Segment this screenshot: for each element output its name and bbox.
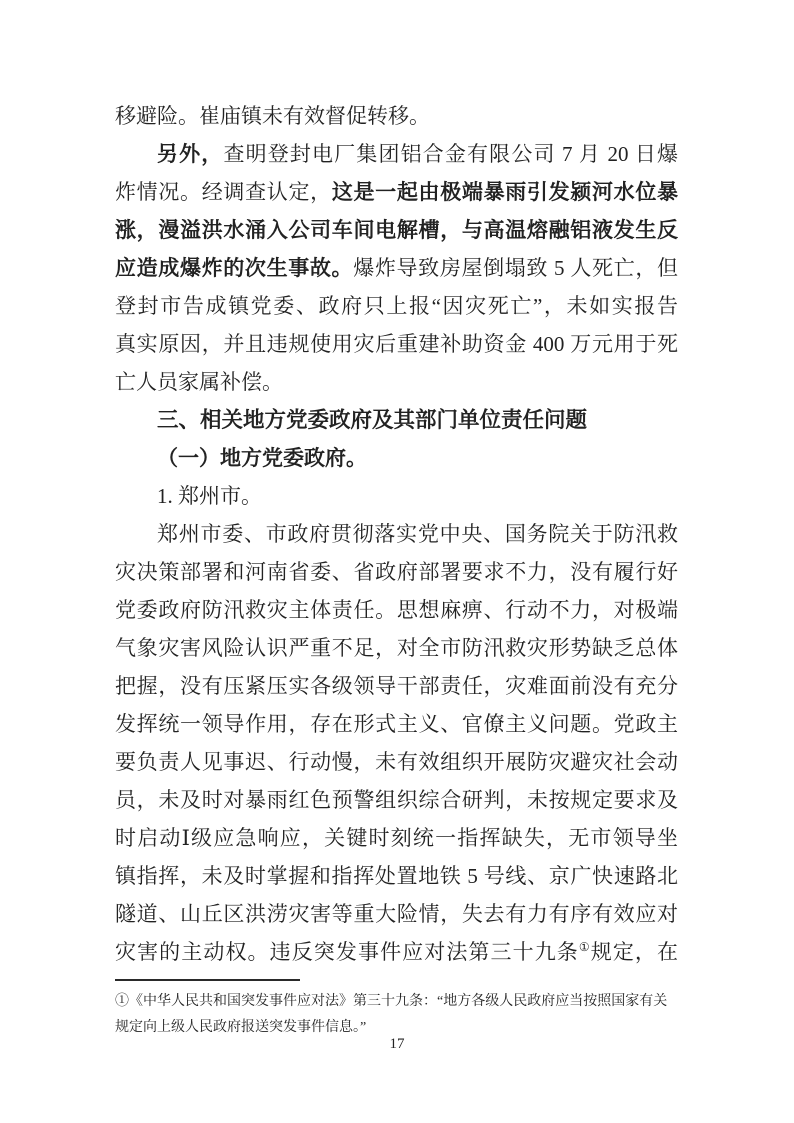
body-line: 炸情况。经调查认定，这是一起由极端暴雨引发颍河水位暴 [115,173,678,211]
text-run: 1. 郑州市。 [157,484,262,508]
text-run: 发挥统一领导作用，存在形式主义、官僚主义问题。党政主 [115,712,678,736]
text-run: 党委政府防汛救灾主体责任。思想麻痹、行动不力，对极端 [115,598,678,622]
subsection-heading-text: （一）地方党委政府。 [157,446,367,470]
text-run: 时启动Ⅰ级应急响应，关键时刻统一指挥缺失，无市领导坐 [115,826,678,850]
footnote-separator [115,979,300,981]
footnote-reference: ① [579,940,591,954]
body-line: 亡人员家属补偿。 [115,363,678,401]
body-line: 镇指挥，未及时掌握和指挥处置地铁 5 号线、京广快速路北 [115,857,678,895]
footnote: ①《中华人民共和国突发事件应对法》第三十九条：“地方各级人民政府应当按照国家有关… [115,979,678,1041]
body-line: 把握，没有压紧压实各级领导干部责任，灾难面前没有充分 [115,667,678,705]
body-line: 党委政府防汛救灾主体责任。思想麻痹、行动不力，对极端 [115,591,678,629]
text-run: 查明登封电厂集团铝合金有限公司 7 月 20 日爆 [223,142,678,166]
text-run: 亡人员家属补偿。 [115,370,283,394]
text-run: 镇指挥，未及时掌握和指挥处置地铁 5 号线、京广快速路北 [115,864,678,888]
text-run: 要负责人见事迟、行动慢，未有效组织开展防灾避灾社会动 [115,750,678,774]
body-line: 郑州市委、市政府贯彻落实党中央、国务院关于防汛救 [115,515,678,553]
page-number: 17 [0,1036,794,1053]
text-run: 爆炸导致房屋倒塌致 5 人死亡，但 [353,256,678,280]
bold-emphasis: 这是一起由极端暴雨引发颍河水位暴 [332,181,678,204]
text-run: 炸情况。经调查认定， [115,180,332,204]
footnote-text: 规定向上级人民政府报送突发事件信息。” [115,1020,366,1035]
subsection-heading: （一）地方党委政府。 [115,439,678,477]
text-run: 登封市告成镇党委、政府只上报“因灾死亡”，未如实报告 [115,294,678,318]
body-line: 发挥统一领导作用，存在形式主义、官僚主义问题。党政主 [115,705,678,743]
text-run: 灾决策部署和河南省委、省政府部署要求不力，没有履行好 [115,560,678,584]
body-line: 移避险。崔庙镇未有效督促转移。 [115,97,678,135]
text-run: 灾害的主动权。违反突发事件应对法第三十九条 [115,940,579,964]
text-run: 移避险。崔庙镇未有效督促转移。 [115,104,430,128]
text-run: 把握，没有压紧压实各级领导干部责任，灾难面前没有充分 [115,674,678,698]
bold-emphasis: 另外， [157,143,223,166]
text-run: 气象灾害风险认识严重不足，对全市防汛救灾形势缺乏总体 [115,636,678,660]
body-line: 气象灾害风险认识严重不足，对全市防汛救灾形势缺乏总体 [115,629,678,667]
text-run: 真实原因，并且违规使用灾后重建补助资金 400 万元用于死 [115,332,678,356]
body-line: 要负责人见事迟、行动慢，未有效组织开展防灾避灾社会动 [115,743,678,781]
text-run: 员，未及时对暴雨红色预警组织综合研判，未按规定要求及 [115,788,678,812]
body-line: 涨，漫溢洪水涌入公司车间电解槽，与高温熔融铝液发生反 [115,211,678,249]
list-item-heading: 1. 郑州市。 [115,477,678,515]
section-heading-text: 三、相关地方党委政府及其部门单位责任问题 [157,408,587,432]
section-heading: 三、相关地方党委政府及其部门单位责任问题 [115,401,678,439]
text-run: 隧道、山丘区洪涝灾害等重大险情，失去有力有序有效应对 [115,902,678,926]
document-page: 移避险。崔庙镇未有效督促转移。 另外，查明登封电厂集团铝合金有限公司 7 月 2… [0,0,794,1123]
body-line: 时启动Ⅰ级应急响应，关键时刻统一指挥缺失，无市领导坐 [115,819,678,857]
document-body: 移避险。崔庙镇未有效督促转移。 另外，查明登封电厂集团铝合金有限公司 7 月 2… [115,97,678,971]
text-run: 郑州市委、市政府贯彻落实党中央、国务院关于防汛救 [157,522,678,546]
body-line: 登封市告成镇党委、政府只上报“因灾死亡”，未如实报告 [115,287,678,325]
body-line: 另外，查明登封电厂集团铝合金有限公司 7 月 20 日爆 [115,135,678,173]
bold-emphasis: 应造成爆炸的次生事故。 [115,257,353,280]
footnote-line: ①《中华人民共和国突发事件应对法》第三十九条：“地方各级人民政府应当按照国家有关 [115,989,678,1015]
text-run: 规定，在 [591,940,678,964]
body-line: 真实原因，并且违规使用灾后重建补助资金 400 万元用于死 [115,325,678,363]
body-line: 员，未及时对暴雨红色预警组织综合研判，未按规定要求及 [115,781,678,819]
body-line: 隧道、山丘区洪涝灾害等重大险情，失去有力有序有效应对 [115,895,678,933]
body-line: 灾害的主动权。违反突发事件应对法第三十九条①规定，在 [115,933,678,971]
body-line: 应造成爆炸的次生事故。爆炸导致房屋倒塌致 5 人死亡，但 [115,249,678,287]
bold-emphasis: 涨，漫溢洪水涌入公司车间电解槽，与高温熔融铝液发生反 [115,219,678,242]
footnote-text: ①《中华人民共和国突发事件应对法》第三十九条：“地方各级人民政府应当按照国家有关 [115,994,667,1009]
body-line: 灾决策部署和河南省委、省政府部署要求不力，没有履行好 [115,553,678,591]
